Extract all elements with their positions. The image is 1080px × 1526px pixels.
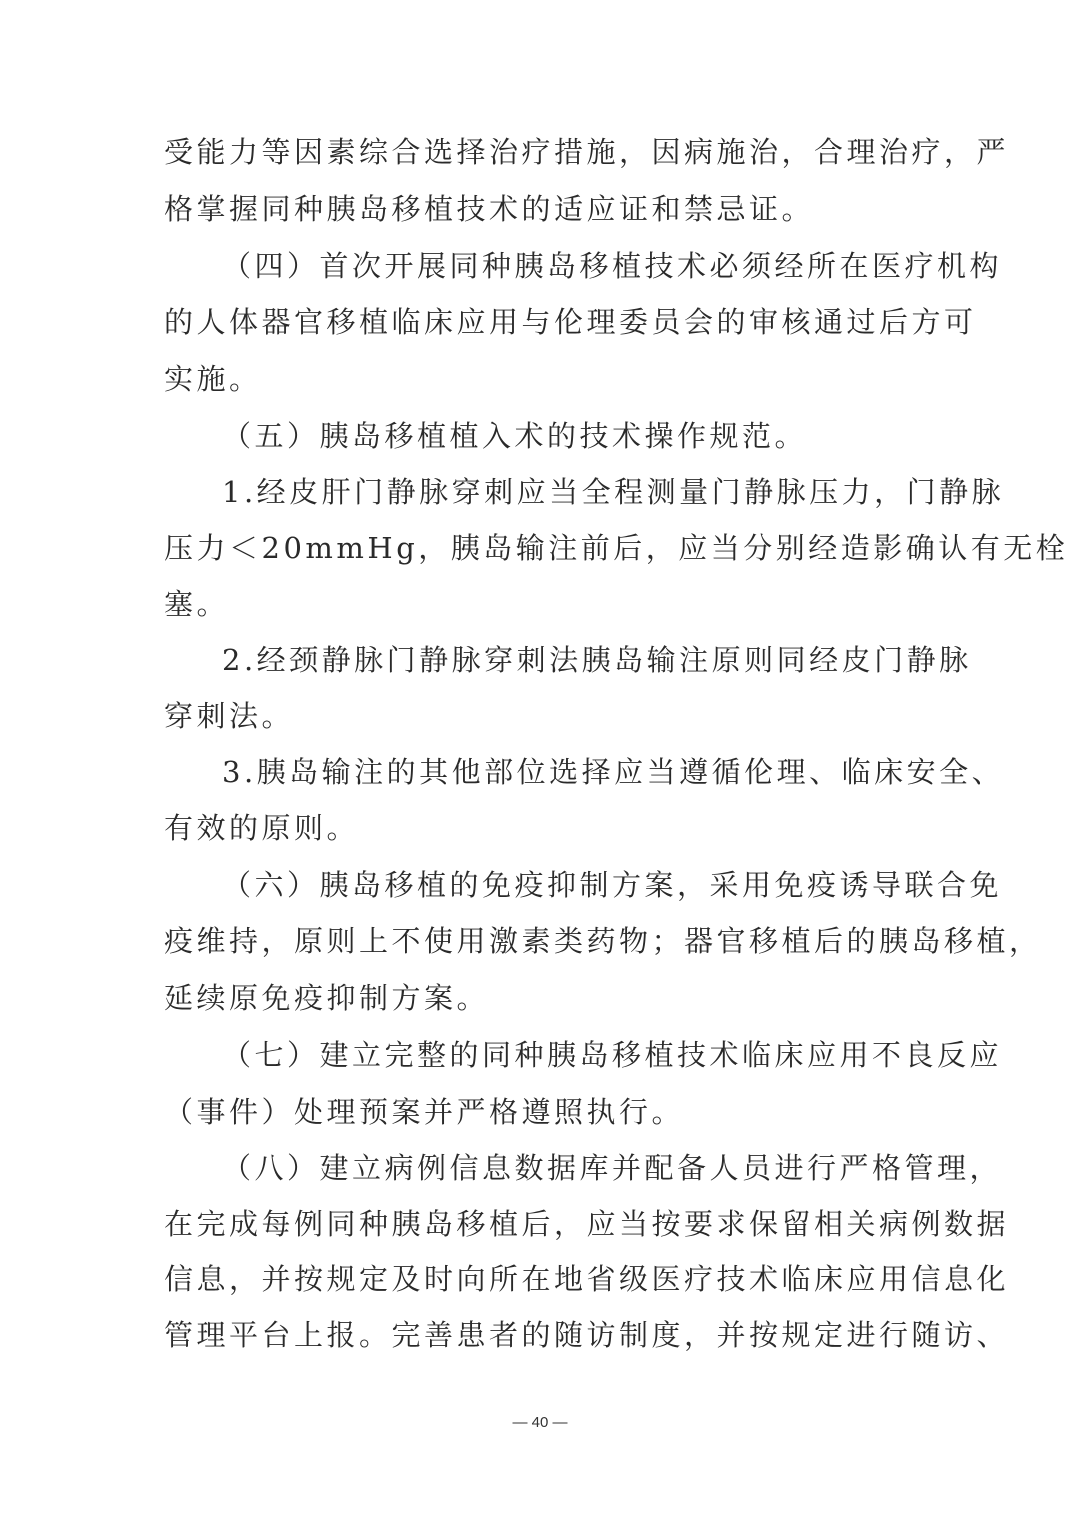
text-line-8: 压力＜20mmHg，胰岛输注前后，应当分别经造影确认有无栓 xyxy=(164,528,916,568)
text-line-21: 信息，并按规定及时向所在地省级医疗技术临床应用信息化 xyxy=(164,1259,916,1299)
text-line-4: 的人体器官移植临床应用与伦理委员会的审核通过后方可 xyxy=(164,302,916,342)
text-line-16: 延续原免疫抑制方案。 xyxy=(164,978,916,1018)
item-2-line: 2.经颈静脉门静脉穿刺法胰岛输注原则同经皮门静脉 xyxy=(222,640,916,680)
section-7-heading: （七）建立完整的同种胰岛移植技术临床应用不良反应 xyxy=(222,1035,916,1075)
text-line-22: 管理平台上报。完善患者的随访制度，并按规定进行随访、 xyxy=(164,1315,916,1355)
document-page: 受能力等因素综合选择治疗措施，因病施治，合理治疗，严 格掌握同种胰岛移植技术的适… xyxy=(0,0,1080,1526)
text-line-11: 穿刺法。 xyxy=(164,696,916,736)
text-line-18: （事件）处理预案并严格遵照执行。 xyxy=(164,1092,916,1132)
section-6-heading: （六）胰岛移植的免疫抑制方案，采用免疫诱导联合免 xyxy=(222,865,916,905)
item-1-line: 1.经皮肝门静脉穿刺应当全程测量门静脉压力，门静脉 xyxy=(222,472,916,512)
section-8-heading: （八）建立病例信息数据库并配备人员进行严格管理， xyxy=(222,1148,916,1188)
section-5-heading: （五）胰岛移植植入术的技术操作规范。 xyxy=(222,416,916,456)
page-number: — 40 — xyxy=(0,1414,1080,1431)
text-line-20: 在完成每例同种胰岛移植后，应当按要求保留相关病例数据 xyxy=(164,1204,916,1244)
text-line-9: 塞。 xyxy=(164,584,916,624)
text-line-2: 格掌握同种胰岛移植技术的适应证和禁忌证。 xyxy=(164,189,916,229)
text-line-5: 实施。 xyxy=(164,359,916,399)
text-line-15: 疫维持，原则上不使用激素类药物；器官移植后的胰岛移植， xyxy=(164,921,916,961)
text-line-1: 受能力等因素综合选择治疗措施，因病施治，合理治疗，严 xyxy=(164,132,916,172)
item-3-line: 3.胰岛输注的其他部位选择应当遵循伦理、临床安全、 xyxy=(222,752,916,792)
section-4-heading: （四）首次开展同种胰岛移植技术必须经所在医疗机构 xyxy=(222,246,916,286)
text-line-13: 有效的原则。 xyxy=(164,808,916,848)
